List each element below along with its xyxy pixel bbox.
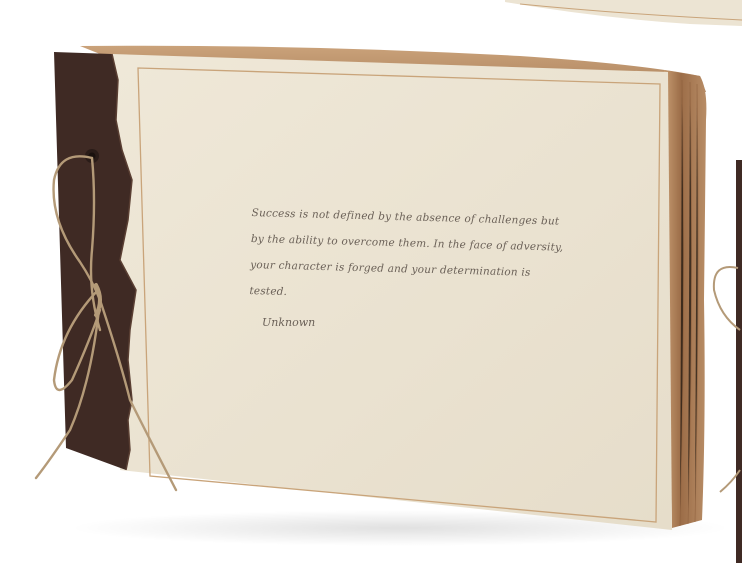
product-photo: Success is not defined by the absence of… <box>0 0 742 563</box>
background-album-top <box>505 0 742 26</box>
quote-attribution: Unknown <box>262 316 315 329</box>
quote-line: your character is forged and your determ… <box>249 252 570 313</box>
quote-text: Success is not defined by the absence of… <box>249 200 572 313</box>
background-album-right <box>714 160 742 563</box>
